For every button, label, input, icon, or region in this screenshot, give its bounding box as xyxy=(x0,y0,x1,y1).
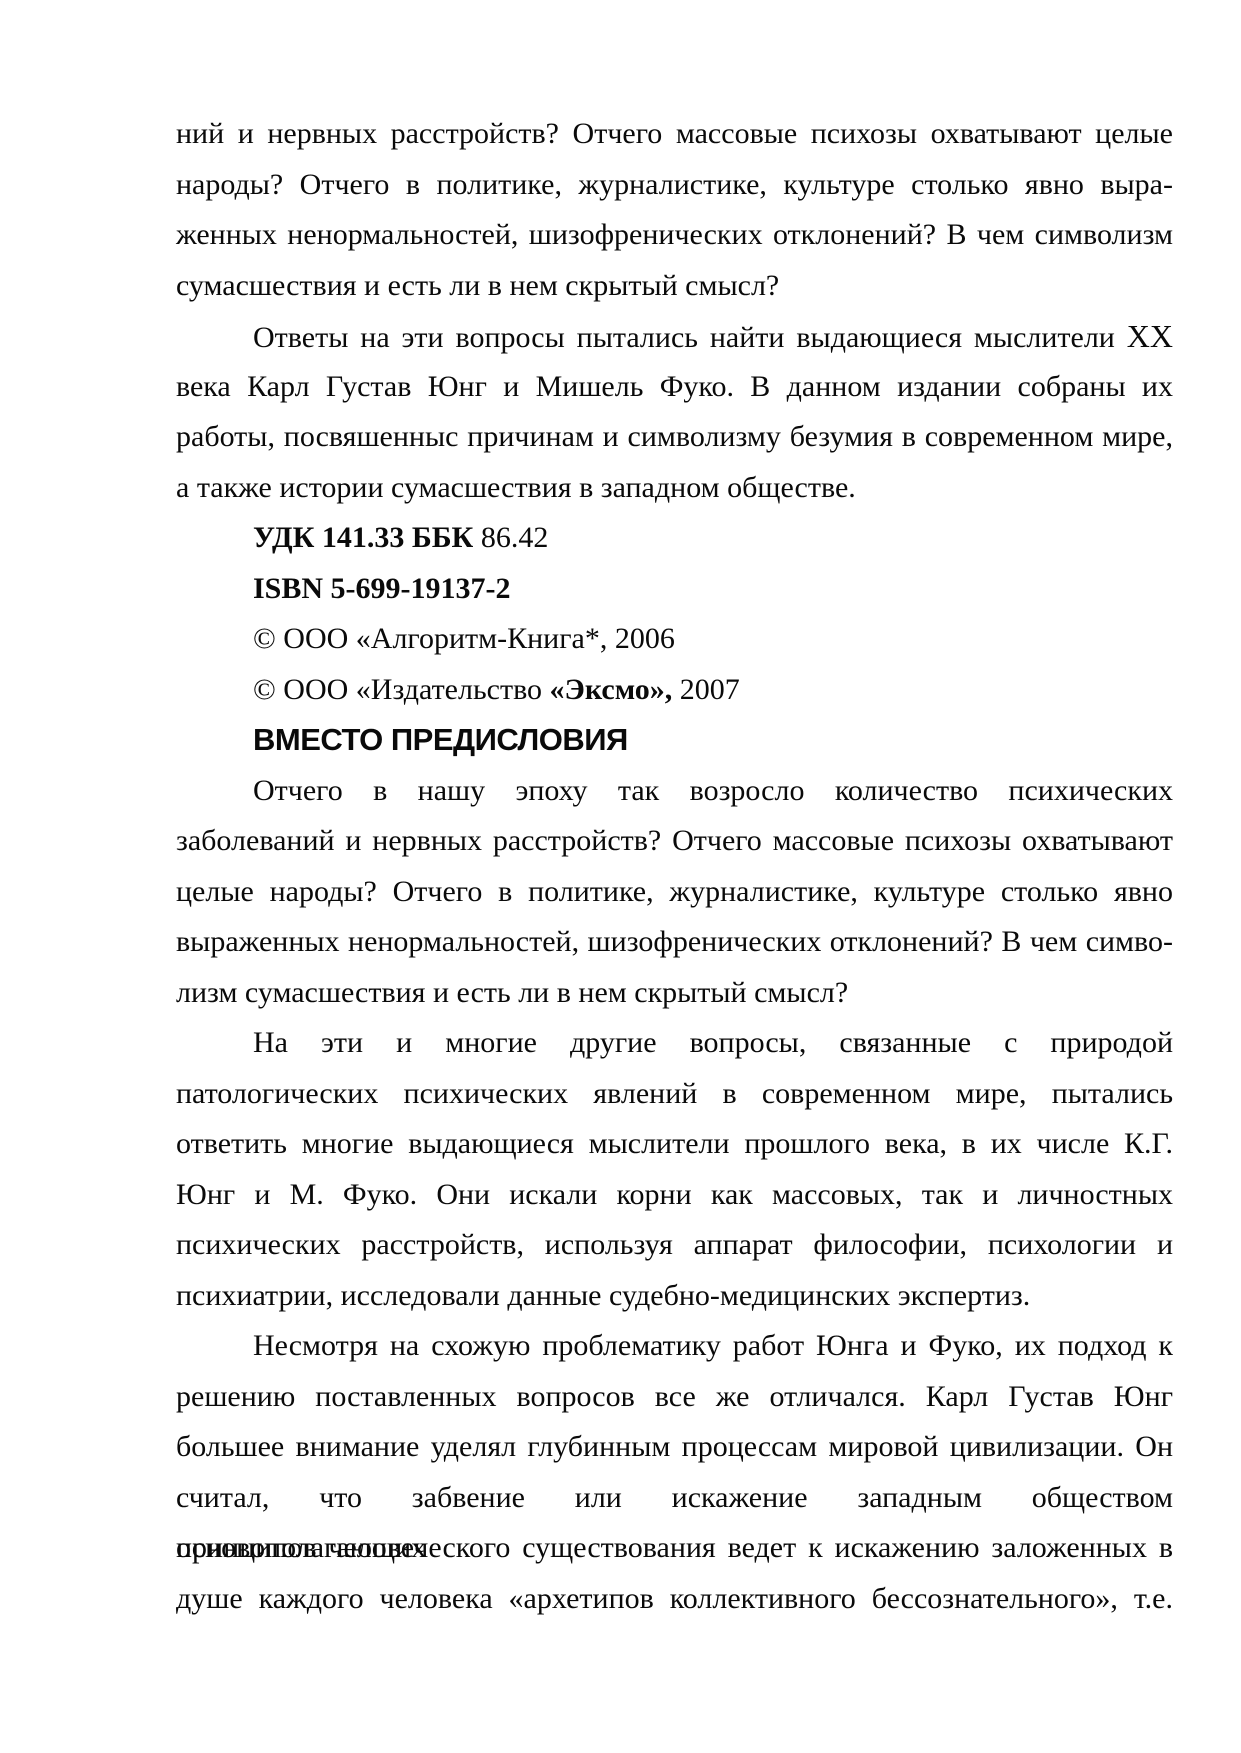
text-segment: работы, посвяшенныс причинам и символизм… xyxy=(176,420,1173,453)
text-line: УДК 141.33 ББК 86.42 xyxy=(176,513,1173,564)
text-segment: принципов человеческого существования ве… xyxy=(176,1531,1173,1564)
text-segment: 2007 xyxy=(672,673,740,706)
text-segment: большее внимание уделял глубинным процес… xyxy=(176,1430,1173,1463)
text-line: Юнг и М. Фуко. Они искали корни как масс… xyxy=(176,1170,1173,1221)
text-segment: психиатрии, исследовали данные судебно-м… xyxy=(176,1279,1030,1312)
text-line: На эти и многие другие вопросы, связанны… xyxy=(176,1018,1173,1069)
text-line: психических расстройств, используя аппар… xyxy=(176,1220,1173,1271)
text-segment: 86.42 xyxy=(481,521,549,554)
text-segment: века Карл Густав Юнг и Мишель Фуко. В да… xyxy=(176,370,1173,403)
text-line: принципов человеческого существования ве… xyxy=(176,1523,1173,1574)
text-line: сумасшествия и есть ли в нем скрытый смы… xyxy=(176,261,1173,312)
text-line: а также истории сумасшествия в западном … xyxy=(176,463,1173,514)
text-line: Несмотря на схожую проблематику работ Юн… xyxy=(176,1321,1173,1372)
text-segment: а также истории сумасшествия в западном … xyxy=(176,471,856,504)
text-segment: психических расстройств, используя аппар… xyxy=(176,1228,1173,1261)
text-segment: © ООО «Алгоритм-Книга*, 2006 xyxy=(253,622,675,655)
text-line: заболеваний и нервных расстройств? Отчег… xyxy=(176,816,1173,867)
section-heading: ВМЕСТО ПРЕДИСЛОВИЯ xyxy=(176,715,1173,766)
text-segment: ответить многие выдающиеся мыслители про… xyxy=(176,1127,1173,1160)
text-line: выраженных ненормальностей, шизофреничес… xyxy=(176,917,1173,968)
text-line: патологических психических явлений в сов… xyxy=(176,1069,1173,1120)
bold-text-segment: «Эксмо», xyxy=(550,673,673,706)
text-segment: На эти и многие другие вопросы, связанны… xyxy=(253,1026,1173,1059)
text-segment: XX xyxy=(1127,318,1173,354)
text-segment: Юнг и М. Фуко. Они искали корни как масс… xyxy=(176,1178,1173,1211)
text-line: женных ненормальностей, шизофренических … xyxy=(176,210,1173,261)
document-page: ний и нервных расстройств? Отчего массов… xyxy=(0,0,1241,1753)
text-segment: © ООО «Издательство xyxy=(253,673,550,706)
text-segment: душе каждого человека «архетипов коллект… xyxy=(176,1582,1173,1615)
text-line: © ООО «Алгоритм-Книга*, 2006 xyxy=(176,614,1173,665)
text-segment: заболеваний и нервных расстройств? Отчег… xyxy=(176,824,1173,857)
text-segment: ний и нервных расстройств? Отчего массов… xyxy=(176,117,1173,150)
text-line: народы? Отчего в политике, журналистике,… xyxy=(176,160,1173,211)
text-line: Отчего в нашу эпоху так возросло количес… xyxy=(176,766,1173,817)
text-line: ISBN 5-699-19137-2 xyxy=(176,564,1173,615)
text-segment: решению поставленных вопросов все же отл… xyxy=(176,1380,1173,1413)
text-line: века Карл Густав Юнг и Мишель Фуко. В да… xyxy=(176,362,1173,413)
text-line: большее внимание уделял глубинным процес… xyxy=(176,1422,1173,1473)
text-line: ний и нервных расстройств? Отчего массов… xyxy=(176,109,1173,160)
text-segment: целые народы? Отчего в политике, журнали… xyxy=(176,875,1173,908)
text-block: ний и нервных расстройств? Отчего массов… xyxy=(176,109,1173,1624)
text-segment: Несмотря на схожую проблематику работ Юн… xyxy=(253,1329,1173,1362)
text-line: психиатрии, исследовали данные судебно-м… xyxy=(176,1271,1173,1322)
text-line: Ответы на эти вопросы пытались найти выд… xyxy=(176,311,1173,362)
text-line: душе каждого человека «архетипов коллект… xyxy=(176,1574,1173,1625)
text-line: работы, посвяшенныс причинам и символизм… xyxy=(176,412,1173,463)
text-segment: сумасшествия и есть ли в нем скрытый смы… xyxy=(176,269,779,302)
text-segment: лизм сумасшествия и есть ли в нем скрыты… xyxy=(176,976,848,1009)
text-line: ответить многие выдающиеся мыслители про… xyxy=(176,1119,1173,1170)
text-line: © ООО «Издательство «Эксмо», 2007 xyxy=(176,665,1173,716)
text-line: считал, что забвение или искажение запад… xyxy=(176,1473,1173,1524)
bold-text-segment: ISBN 5-699-19137-2 xyxy=(253,572,511,605)
text-segment: народы? Отчего в политике, журналистике,… xyxy=(176,168,1173,201)
text-segment: выраженных ненормальностей, шизофреничес… xyxy=(176,925,1173,958)
text-segment: Отчего в нашу эпоху так возросло количес… xyxy=(253,774,1173,807)
text-line: целые народы? Отчего в политике, журнали… xyxy=(176,867,1173,918)
bold-text-segment: УДК 141.33 ББК xyxy=(253,521,481,554)
text-segment: патологических психических явлений в сов… xyxy=(176,1077,1173,1110)
text-segment: женных ненормальностей, шизофренических … xyxy=(176,218,1173,251)
text-segment: Ответы на эти вопросы пытались найти выд… xyxy=(253,321,1127,354)
text-line: решению поставленных вопросов все же отл… xyxy=(176,1372,1173,1423)
text-line: лизм сумасшествия и есть ли в нем скрыты… xyxy=(176,968,1173,1019)
text-segment: ВМЕСТО ПРЕДИСЛОВИЯ xyxy=(253,722,628,757)
